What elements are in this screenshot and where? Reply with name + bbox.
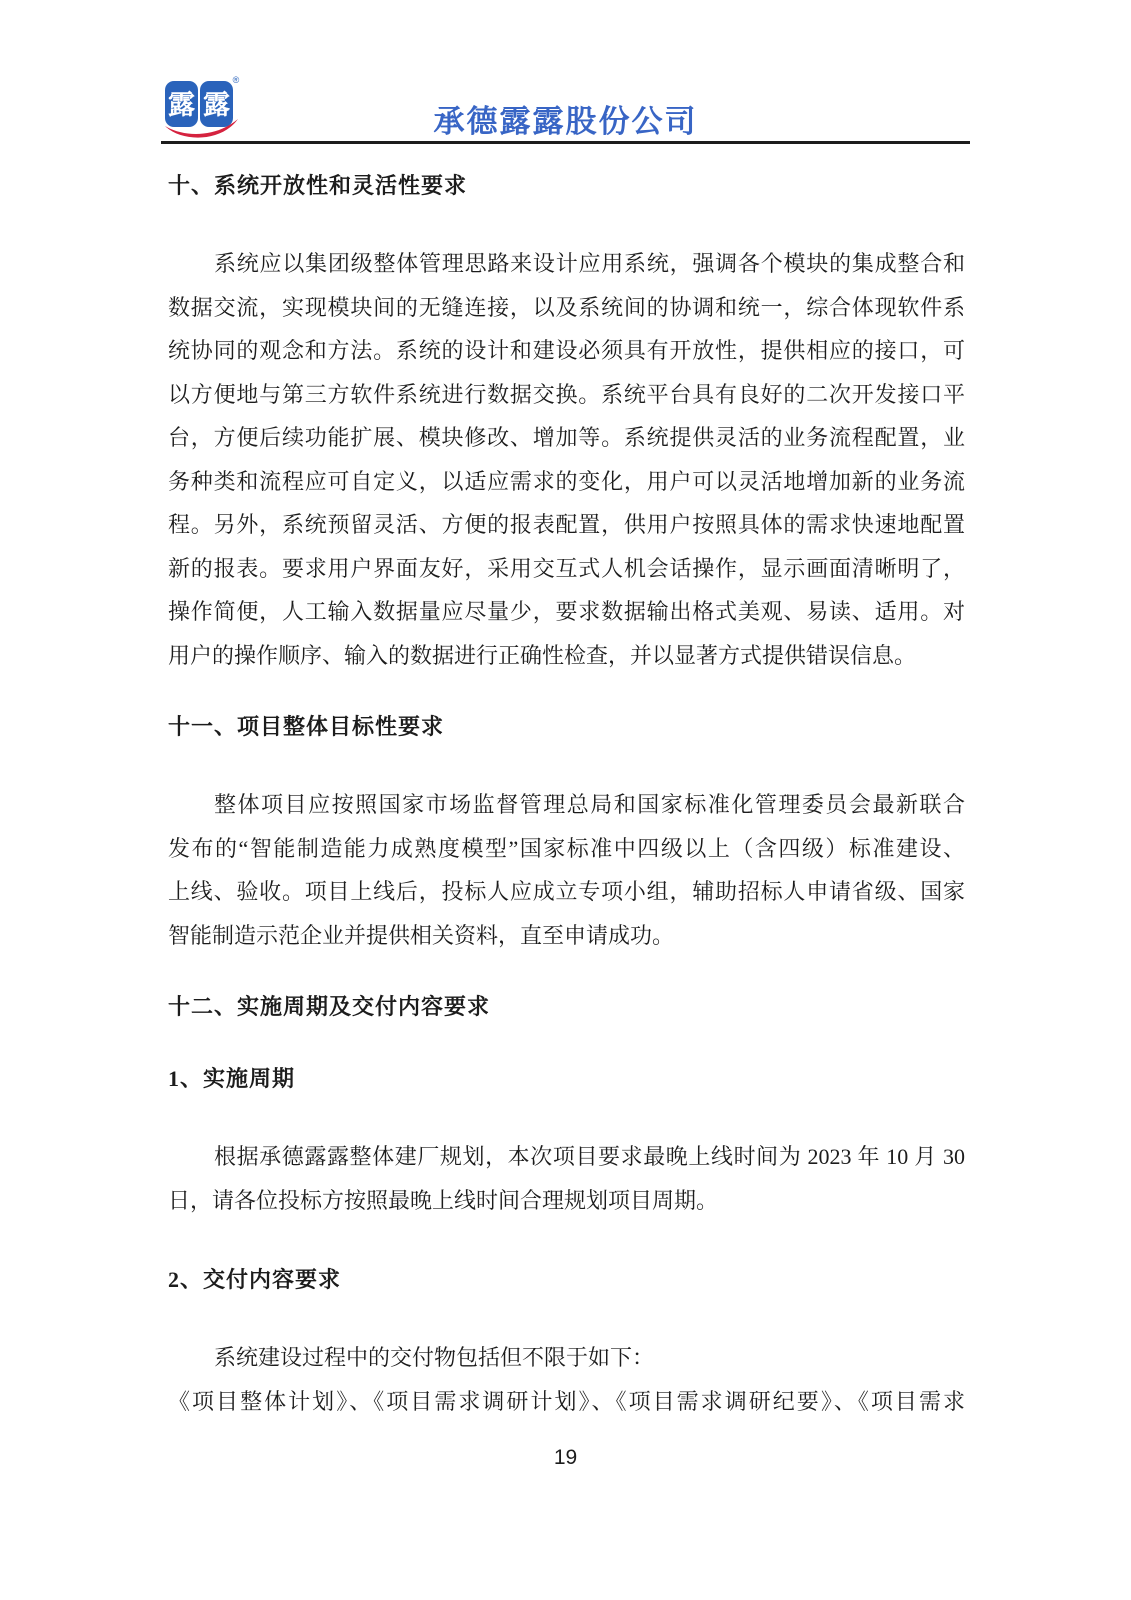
paragraph-line: 统协同的观念和方法。系统的设计和建设必须具有开放性，提供相应的接口，可: [168, 329, 965, 373]
paragraph-line: 程。另外，系统预留灵活、方便的报表配置，供用户按照具体的需求快速地配置: [168, 503, 965, 547]
paragraph-line: 台，方便后续功能扩展、模块修改、增加等。系统提供灵活的业务流程配置，业: [168, 416, 965, 460]
paragraph: 根据承德露露整体建厂规划，本次项目要求最晚上线时间为 2023 年 10 月 3…: [168, 1135, 965, 1222]
paragraph-line: 操作简便，人工输入数据量应尽量少，要求数据输出格式美观、易读、适用。对: [168, 590, 965, 634]
paragraph-line: 《项目整体计划》、《项目需求调研计划》、《项目需求调研纪要》、《项目需求: [168, 1380, 965, 1424]
paragraph: 系统建设过程中的交付物包括但不限于如下：《项目整体计划》、《项目需求调研计划》、…: [168, 1336, 965, 1423]
paragraph-line: 新的报表。要求用户界面友好，采用交互式人机会话操作，显示画面清晰明了，: [168, 547, 965, 591]
paragraph-line: 务种类和流程应可自定义，以适应需求的变化，用户可以灵活地增加新的业务流: [168, 460, 965, 504]
paragraph-line: 发布的“智能制造能力成熟度模型”国家标准中四级以上（含四级）标准建设、: [168, 827, 965, 871]
section-heading: 十一、项目整体目标性要求: [168, 713, 965, 741]
paragraph: 整体项目应按照国家市场监督管理总局和国家标准化管理委员会最新联合发布的“智能制造…: [168, 783, 965, 957]
document-page: 露 露 ® 承德露露股份公司 十、系统开放性和灵活性要求系统应以集团级整体管理思…: [0, 0, 1131, 1600]
paragraph-line: 以方便地与第三方软件系统进行数据交换。系统平台具有良好的二次开发接口平: [168, 373, 965, 417]
sub-section-heading: 2、交付内容要求: [168, 1266, 965, 1294]
paragraph: 系统应以集团级整体管理思路来设计应用系统，强调各个模块的集成整合和数据交流，实现…: [168, 242, 965, 677]
page-number: 19: [0, 1446, 1131, 1470]
registered-trademark-mark: ®: [233, 75, 240, 85]
paragraph-line: 智能制造示范企业并提供相关资料，直至申请成功。: [168, 914, 965, 958]
document-body: 十、系统开放性和灵活性要求系统应以集团级整体管理思路来设计应用系统，强调各个模块…: [168, 172, 965, 1423]
paragraph-line: 系统建设过程中的交付物包括但不限于如下：: [168, 1336, 965, 1380]
paragraph-line: 系统应以集团级整体管理思路来设计应用系统，强调各个模块的集成整合和: [168, 242, 965, 286]
paragraph-line: 整体项目应按照国家市场监督管理总局和国家标准化管理委员会最新联合: [168, 783, 965, 827]
paragraph-line: 根据承德露露整体建厂规划，本次项目要求最晚上线时间为 2023 年 10 月 3…: [168, 1135, 965, 1179]
paragraph-line: 用户的操作顺序、输入的数据进行正确性检查，并以显著方式提供错误信息。: [168, 634, 965, 678]
sub-section-heading: 1、实施周期: [168, 1065, 965, 1093]
section-heading: 十二、实施周期及交付内容要求: [168, 993, 965, 1021]
header-divider-line: [161, 141, 970, 144]
paragraph-line: 上线、验收。项目上线后，投标人应成立专项小组，辅助招标人申请省级、国家: [168, 870, 965, 914]
section-heading: 十、系统开放性和灵活性要求: [168, 172, 965, 200]
company-title: 承德露露股份公司: [0, 96, 1131, 141]
paragraph-line: 数据交流，实现模块间的无缝连接，以及系统间的协调和统一，综合体现软件系: [168, 286, 965, 330]
paragraph-line: 日，请各位投标方按照最晚上线时间合理规划项目周期。: [168, 1179, 965, 1223]
